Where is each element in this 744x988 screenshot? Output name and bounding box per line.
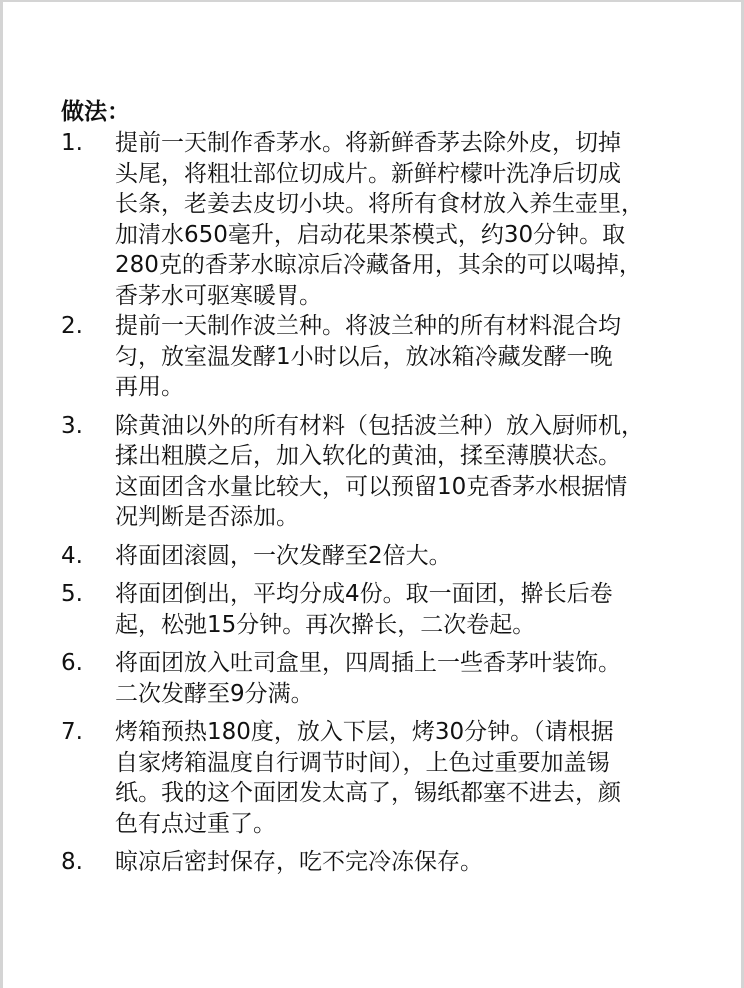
step-text: 晾凉后密封保存，吃不完冷冻保存。 <box>115 847 711 878</box>
step-5: 5. 将面团倒出，平均分成4份。取一面团，擀长后卷 起，松弛15分钟。再次擀长，… <box>61 579 711 640</box>
step-number: 8. <box>61 847 115 878</box>
text-line: 长条，老姜去皮切小块。将所有食材放入养生壶里， <box>115 189 711 220</box>
step-text: 除黄油以外的所有材料（包括波兰种）放入厨师机， 揉出粗膜之后，加入软化的黄油，揉… <box>115 411 711 533</box>
text-line: 这面团含水量比较大，可以预留10克香茅水根据情 <box>115 472 711 503</box>
step-text: 烤箱预热180度，放入下层，烤30分钟。（请根据 自家烤箱温度自行调节时间），上… <box>115 717 711 839</box>
text-line: 将面团放入吐司盒里，四周插上一些香茅叶装饰。 <box>115 648 711 679</box>
step-number: 3. <box>61 411 115 533</box>
text-line: 自家烤箱温度自行调节时间），上色过重要加盖锡 <box>115 748 711 779</box>
step-number: 4. <box>61 541 115 572</box>
text-line: 280克的香茅水晾凉后冷藏备用，其余的可以喝掉， <box>115 250 711 281</box>
step-2: 2. 提前一天制作波兰种。将波兰种的所有材料混合均 匀，放室温发酵1小时以后，放… <box>61 311 711 403</box>
text-line: 头尾，将粗壮部位切成片。新鲜柠檬叶洗净后切成 <box>115 159 711 190</box>
step-number: 7. <box>61 717 115 839</box>
step-1: 1. 提前一天制作香茅水。将新鲜香茅去除外皮，切掉 头尾，将粗壮部位切成片。新鲜… <box>61 128 711 311</box>
step-8: 8. 晾凉后密封保存，吃不完冷冻保存。 <box>61 847 711 878</box>
step-number: 5. <box>61 579 115 640</box>
text-line: 将面团倒出，平均分成4份。取一面团，擀长后卷 <box>115 579 711 610</box>
step-number: 1. <box>61 128 115 311</box>
text-line: 加清水650毫升，启动花果茶模式，约30分钟。取 <box>115 220 711 251</box>
text-line: 晾凉后密封保存，吃不完冷冻保存。 <box>115 847 711 878</box>
text-line: 将面团滚圆，一次发酵至2倍大。 <box>115 541 711 572</box>
recipe-method: 做法： 1. 提前一天制作香茅水。将新鲜香茅去除外皮，切掉 头尾，将粗壮部位切成… <box>61 96 711 878</box>
text-line: 提前一天制作波兰种。将波兰种的所有材料混合均 <box>115 311 711 342</box>
text-line: 提前一天制作香茅水。将新鲜香茅去除外皮，切掉 <box>115 128 711 159</box>
step-6: 6. 将面团放入吐司盒里，四周插上一些香茅叶装饰。 二次发酵至9分满。 <box>61 648 711 709</box>
step-3: 3. 除黄油以外的所有材料（包括波兰种）放入厨师机， 揉出粗膜之后，加入软化的黄… <box>61 411 711 533</box>
step-number: 2. <box>61 311 115 403</box>
step-text: 提前一天制作香茅水。将新鲜香茅去除外皮，切掉 头尾，将粗壮部位切成片。新鲜柠檬叶… <box>115 128 711 311</box>
text-line: 香茅水可驱寒暖胃。 <box>115 281 711 312</box>
steps-list: 1. 提前一天制作香茅水。将新鲜香茅去除外皮，切掉 头尾，将粗壮部位切成片。新鲜… <box>61 128 711 878</box>
text-line: 揉出粗膜之后，加入软化的黄油，揉至薄膜状态。 <box>115 441 711 472</box>
text-line: 再用。 <box>115 372 711 403</box>
text-line: 烤箱预热180度，放入下层，烤30分钟。（请根据 <box>115 717 711 748</box>
text-line: 二次发酵至9分满。 <box>115 679 711 710</box>
step-7: 7. 烤箱预热180度，放入下层，烤30分钟。（请根据 自家烤箱温度自行调节时间… <box>61 717 711 839</box>
step-text: 将面团滚圆，一次发酵至2倍大。 <box>115 541 711 572</box>
text-line: 起，松弛15分钟。再次擀长，二次卷起。 <box>115 610 711 641</box>
text-line: 匀，放室温发酵1小时以后，放冰箱冷藏发酵一晚 <box>115 342 711 373</box>
step-4: 4. 将面团滚圆，一次发酵至2倍大。 <box>61 541 711 572</box>
step-number: 6. <box>61 648 115 709</box>
section-heading: 做法： <box>61 96 711 128</box>
text-line: 除黄油以外的所有材料（包括波兰种）放入厨师机， <box>115 411 711 442</box>
text-line: 况判断是否添加。 <box>115 502 711 533</box>
step-text: 将面团倒出，平均分成4份。取一面团，擀长后卷 起，松弛15分钟。再次擀长，二次卷… <box>115 579 711 640</box>
step-text: 提前一天制作波兰种。将波兰种的所有材料混合均 匀，放室温发酵1小时以后，放冰箱冷… <box>115 311 711 403</box>
document-page: 做法： 1. 提前一天制作香茅水。将新鲜香茅去除外皮，切掉 头尾，将粗壮部位切成… <box>0 0 744 988</box>
text-line: 纸。我的这个面团发太高了，锡纸都塞不进去，颜 <box>115 778 711 809</box>
step-text: 将面团放入吐司盒里，四周插上一些香茅叶装饰。 二次发酵至9分满。 <box>115 648 711 709</box>
text-line: 色有点过重了。 <box>115 809 711 840</box>
